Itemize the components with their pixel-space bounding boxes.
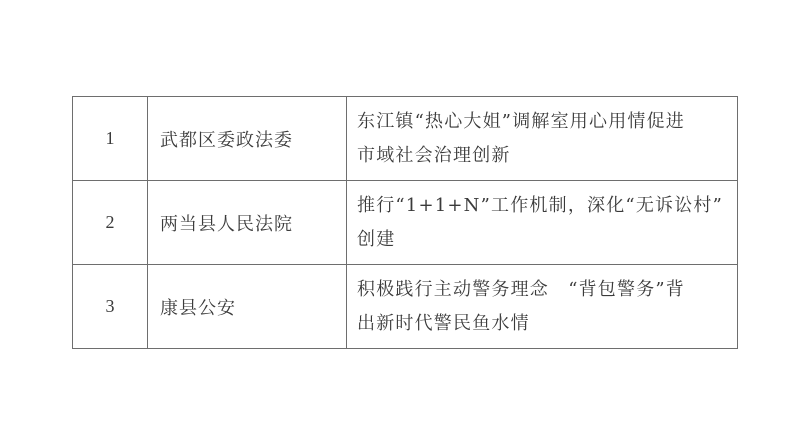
table-row: 1 武都区委政法委 东江镇“热心大姐”调解室用心用情促进 市域社会治理创新 bbox=[73, 97, 738, 181]
table-row: 2 两当县人民法院 推行“1+1+N”工作机制，深化“无诉讼村” 创建 bbox=[73, 181, 738, 265]
row-number: 1 bbox=[73, 97, 148, 181]
case-title-line: 积极践行主动警务理念 “背包警务”背 bbox=[357, 273, 729, 307]
row-number: 3 bbox=[73, 265, 148, 349]
case-title-line: 出新时代警民鱼水情 bbox=[357, 307, 729, 341]
case-title: 推行“1+1+N”工作机制，深化“无诉讼村” 创建 bbox=[347, 181, 738, 265]
unit-name: 两当县人民法院 bbox=[148, 181, 347, 265]
cases-table: 1 武都区委政法委 东江镇“热心大姐”调解室用心用情促进 市域社会治理创新 2 … bbox=[72, 96, 738, 349]
table-row: 3 康县公安 积极践行主动警务理念 “背包警务”背 出新时代警民鱼水情 bbox=[73, 265, 738, 349]
case-title: 东江镇“热心大姐”调解室用心用情促进 市域社会治理创新 bbox=[347, 97, 738, 181]
case-title-line: 东江镇“热心大姐”调解室用心用情促进 bbox=[357, 105, 729, 139]
case-title-line: 市域社会治理创新 bbox=[357, 139, 729, 173]
unit-name: 康县公安 bbox=[148, 265, 347, 349]
case-title: 积极践行主动警务理念 “背包警务”背 出新时代警民鱼水情 bbox=[347, 265, 738, 349]
case-title-line: 创建 bbox=[357, 223, 729, 257]
row-number: 2 bbox=[73, 181, 148, 265]
unit-name: 武都区委政法委 bbox=[148, 97, 347, 181]
case-title-line: 推行“1+1+N”工作机制，深化“无诉讼村” bbox=[357, 189, 729, 223]
